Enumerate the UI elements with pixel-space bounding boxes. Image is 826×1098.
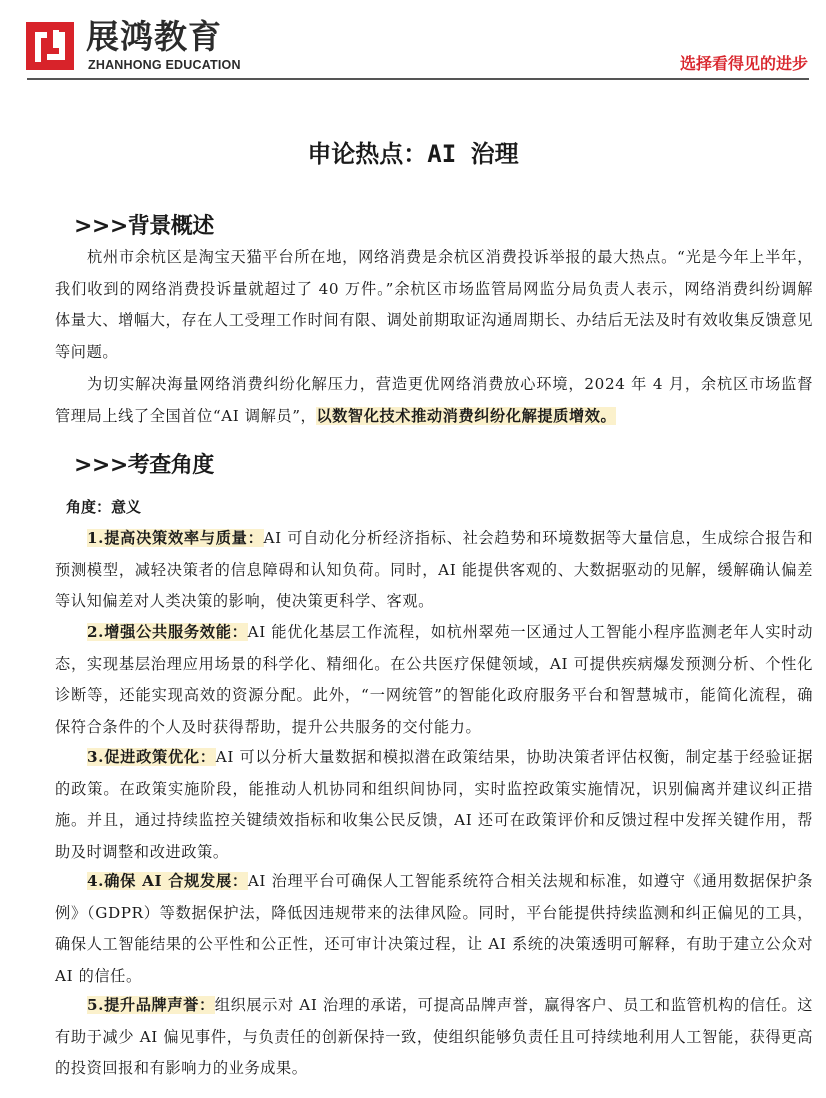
background-paragraph-2: 为切实解决海量网络消费纠纷化解压力，营造更优网络消费放心环境，2024 年 4 … [55, 369, 813, 432]
header-divider [27, 78, 809, 80]
brand-logo-icon [26, 22, 74, 70]
point-3: 3.促进政策优化：AI 可以分析大量数据和模拟潜在政策结果，协助决策者评估权衡，… [55, 742, 813, 868]
angle-label: 角度：意义 [66, 496, 141, 518]
point-1: 1.提高决策效率与质量：AI 可自动化分析经济指标、社会趋势和环境数据等大量信息… [55, 523, 813, 618]
section-heading-background: >>>背景概述 [74, 212, 214, 242]
point-2: 2.增强公共服务效能：AI 能优化基层工作流程，如杭州翠苑一区通过人工智能小程序… [55, 617, 813, 743]
point-5: 5.提升品牌声誉：组织展示对 AI 治理的承诺，可提高品牌声誉，赢得客户、员工和… [55, 990, 813, 1085]
page-title: 申论热点：AI 治理 [0, 138, 826, 170]
point-4-lead: 4.确保 AI 合规发展： [87, 872, 248, 890]
point-2-lead: 2.增强公共服务效能： [87, 623, 248, 641]
point-5-lead: 5.提升品牌声誉： [87, 996, 215, 1014]
point-3-lead: 3.促进政策优化： [87, 748, 216, 766]
point-4: 4.确保 AI 合规发展：AI 治理平台可确保人工智能系统符合相关法规和标准，如… [55, 866, 813, 992]
brand-name-cn: 展鸿教育 [86, 19, 222, 55]
section-heading-angles: >>>考查角度 [74, 451, 214, 481]
brand-slogan: 选择看得见的进步 [680, 54, 808, 74]
background-paragraph-1: 杭州市余杭区是淘宝天猫平台所在地，网络消费是余杭区消费投诉举报的最大热点。“光是… [55, 242, 813, 368]
page-header: 展鸿教育 ZHANHONG EDUCATION 选择看得见的进步 [0, 0, 826, 80]
point-1-lead: 1.提高决策效率与质量： [87, 529, 264, 547]
highlighted-key-sentence: 以数智化技术推动消费纠纷化解提质增效。 [316, 407, 616, 425]
brand-name-en: ZHANHONG EDUCATION [88, 58, 241, 72]
